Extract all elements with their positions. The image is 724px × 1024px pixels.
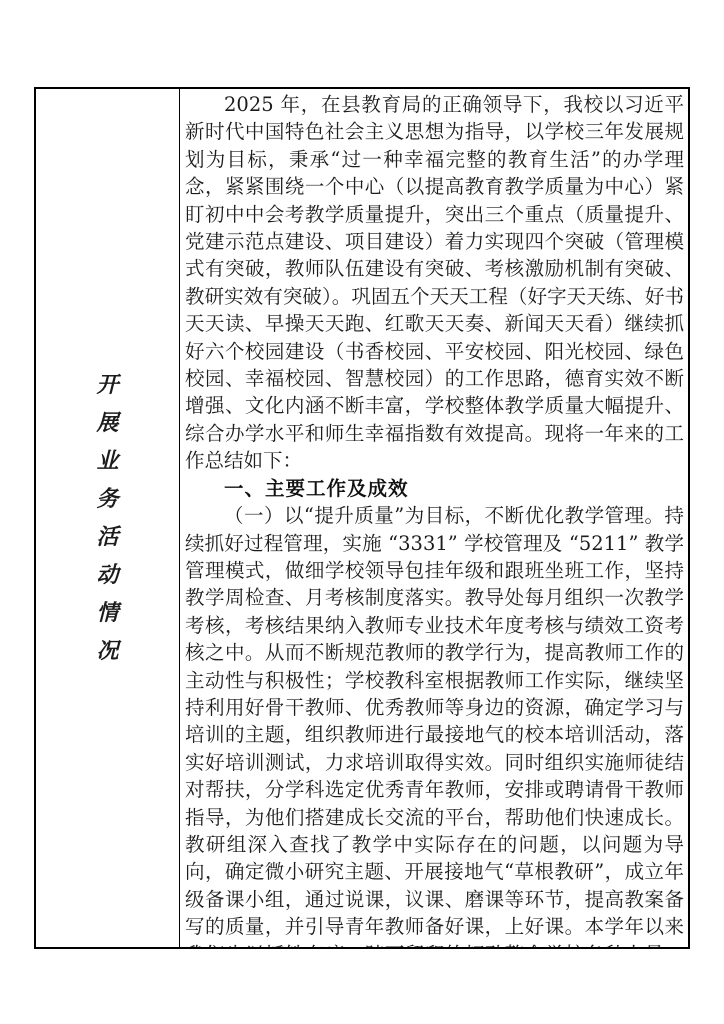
row-label-char: 况 xyxy=(96,640,118,662)
row-label-char: 业 xyxy=(96,450,118,472)
row-label-char: 展 xyxy=(96,412,118,434)
row-label-char: 开 xyxy=(96,374,118,396)
row-label-char: 动 xyxy=(96,564,118,586)
section-paragraph: （一）以“提升质量”为目标，不断优化教学管理。持续抓好过程管理，实施 “3331… xyxy=(185,502,684,947)
row-label-char: 活 xyxy=(96,526,118,548)
intro-paragraph: 2025 年，在县教育局的正确领导下，我校以习近平新时代中国特色社会主义思想为指… xyxy=(185,91,684,475)
content-cell: 2025 年，在县教育局的正确领导下，我校以习近平新时代中国特色社会主义思想为指… xyxy=(180,89,688,947)
row-label-char: 务 xyxy=(96,488,118,510)
summary-table: 开 展 业 务 活 动 情 况 2025 年，在县教育局的正确领导下，我校以习近… xyxy=(34,87,690,949)
row-label-char: 情 xyxy=(96,602,118,624)
row-label-cell: 开 展 业 务 活 动 情 况 xyxy=(36,89,180,947)
document-page: 开 展 业 务 活 动 情 况 2025 年，在县教育局的正确领导下，我校以习近… xyxy=(0,0,724,1024)
section-heading: 一、主要工作及成效 xyxy=(185,475,684,502)
